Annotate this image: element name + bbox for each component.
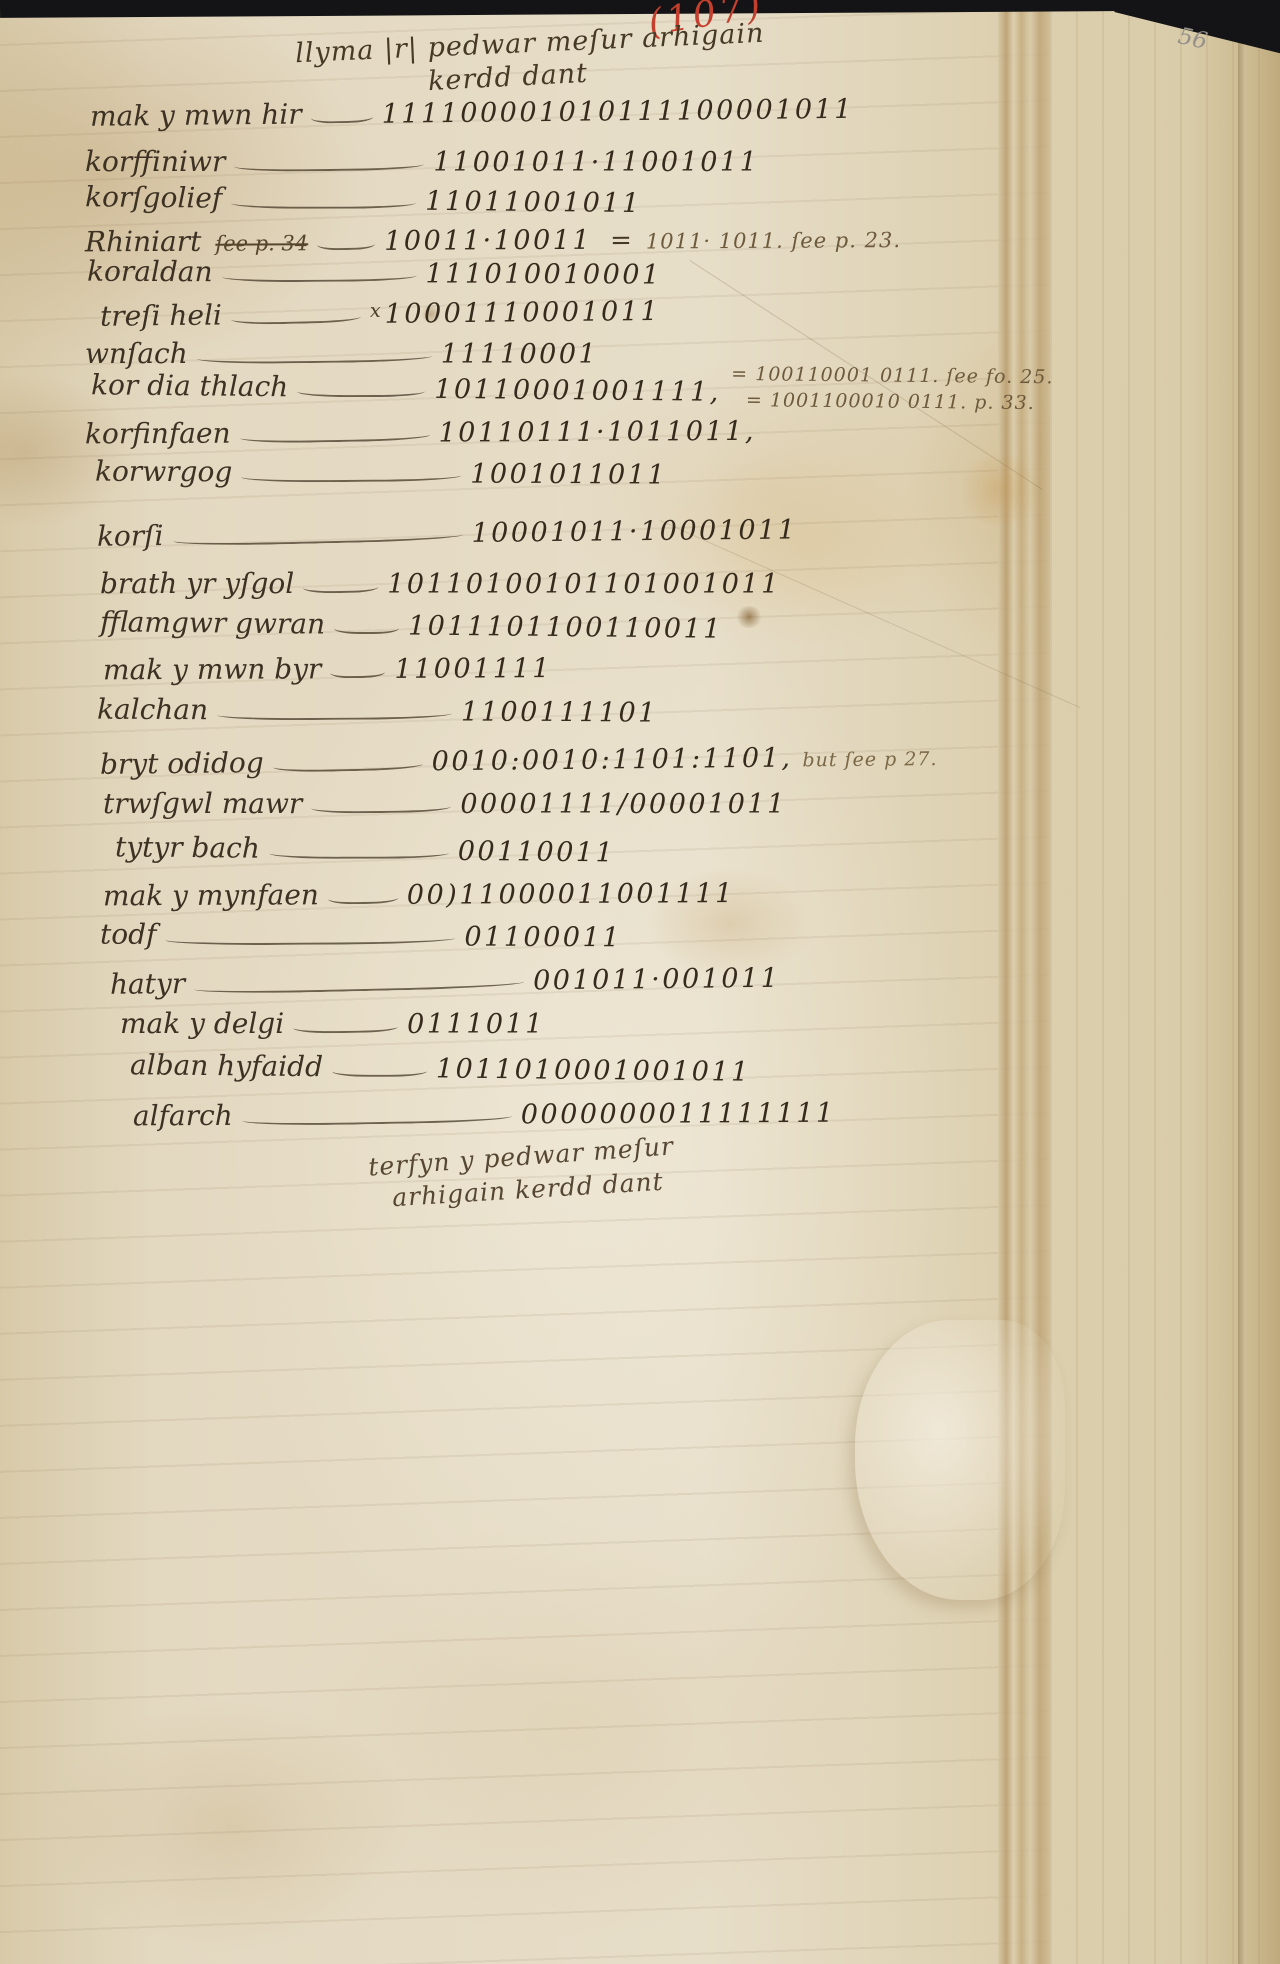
leader-line [165,930,455,946]
measure-binary: 10110111·1011011, [438,416,756,449]
measure-name: korſgolief [85,180,223,214]
leader-line [241,467,461,483]
leader-line [317,236,375,251]
measure-binary: 0111011 [407,1009,545,1040]
leader-line [242,1108,512,1127]
struck-insertion: ſee p. 34 [215,231,308,255]
measure-row: brath yr yſgol10110100101101001011 [100,567,1012,609]
measure-name: mak y mwn byr [103,652,322,686]
leader-line [293,1018,398,1033]
leader-line [328,889,398,904]
leader-line [221,267,416,282]
measure-row: korwrgog1001011011 [95,455,1007,502]
measure-name: koraldan [87,255,213,289]
leader-line [273,755,423,772]
measure-name: hatyr [110,967,186,1001]
measure-binary: 0000000011111111 [521,1098,836,1131]
measure-name: alfarch [133,1099,233,1133]
measure-binary: 11001011·11001011 [433,147,759,178]
equals-sign: = [610,226,632,256]
measure-name: kor dia thlach [91,368,289,403]
x-mark: x [370,300,381,322]
measure-binary: 01100011 [464,922,622,954]
manuscript-scan: (107) 56 llyma |r| pedwar meſur arhigain… [0,0,1280,1964]
measure-binary: 10011·10011 [384,225,592,257]
leader-line [234,156,424,172]
measure-row: korfinfaen10110111·1011011, [85,413,997,460]
measure-row: alfarch0000000011111111 [133,1095,1045,1142]
measure-row: mak y mynfaen00)11000011001111 [103,875,1015,922]
leader-line [310,108,372,123]
measure-name: alban hyfaidd [130,1048,323,1083]
measure-name: tytyr bach [115,830,260,865]
measure-binary: 111010010001 [425,258,661,290]
leader-line [239,426,429,443]
measure-binary: 00110011 [458,836,616,869]
measure-binary: 10001110001011 [384,296,660,330]
leader-line [172,526,462,547]
leader-line [332,1063,427,1077]
measure-binary: 0010:0010:1101:1101, [432,743,793,778]
measure-binary: 1001011011 [470,459,667,491]
leader-line [297,383,425,397]
leader-line [303,579,378,594]
measure-name: korfinfaen [85,417,231,451]
leader-line [194,973,524,994]
measure-binary: 1100111101 [461,697,658,729]
margin-note: = 1001100010 0111. p. 33. [746,389,1035,414]
measure-binary: 111100001010111100001011 [381,94,854,130]
torn-corner [855,1320,1065,1600]
page-seam [1238,0,1246,1964]
measure-name: bryt odidog [100,746,264,781]
measure-name: trwſgwl mawr [103,787,302,820]
measure-binary: 00)11000011001111 [407,878,735,911]
margin-note: 1011· 1011. ſee p. 23. [646,228,901,253]
measure-binary: 1011101100110011 [408,610,723,644]
margin-note: but ſee p 27. [802,748,937,771]
measure-name: mak y mynfaen [103,878,319,912]
measure-name: brath yr yſgol [100,567,294,600]
measure-name: treſi heli [100,298,222,332]
margin-note: = 100110001 0111. ſee fo. 25. [731,363,1053,388]
measure-name: korſi [97,519,164,553]
measure-row: mak y mwn byr11001111 [103,649,1015,696]
measure-name: mak y delgi [120,1007,284,1040]
measure-name: mak y mwn hir [90,98,302,133]
measure-row: mak y delgi0111011 [120,1007,1032,1049]
measure-name: fflamgwr gwran [100,605,325,640]
measure-name: korffiniwr [85,145,225,178]
measure-row: trwſgwl mawr00001111/00001011 [103,787,1015,829]
measure-name: todf [100,918,157,951]
measure-binary: 00001111/00001011 [460,789,786,820]
measure-name: kalchan [97,693,208,727]
measure-row: todf01100011 [100,918,1012,965]
leader-line [217,705,452,721]
leader-line [231,195,416,209]
measure-binary: 10001011·10001011 [471,514,797,548]
leader-line [231,308,361,325]
measure-binary: 10110100101101001011 [387,569,781,600]
measure-binary: 11110001 [441,339,598,370]
measure-binary: 11001111 [394,653,552,685]
measure-row: kalchan1100111101 [97,693,1009,740]
measure-name: wnſach [85,337,188,370]
leader-line [334,620,399,634]
leader-line [330,664,385,679]
measure-name: korwrgog [95,455,232,489]
measure-name: Rhiniart [85,225,202,259]
measure-binary: 1011010001001011 [436,1053,751,1087]
leader-line [197,348,432,365]
leader-line [269,845,449,859]
measure-binary: 11011001011 [425,186,642,219]
leader-line [311,798,451,814]
measure-binary: 10110001001111, [434,374,721,408]
measure-binary: 001011·001011 [533,963,781,997]
